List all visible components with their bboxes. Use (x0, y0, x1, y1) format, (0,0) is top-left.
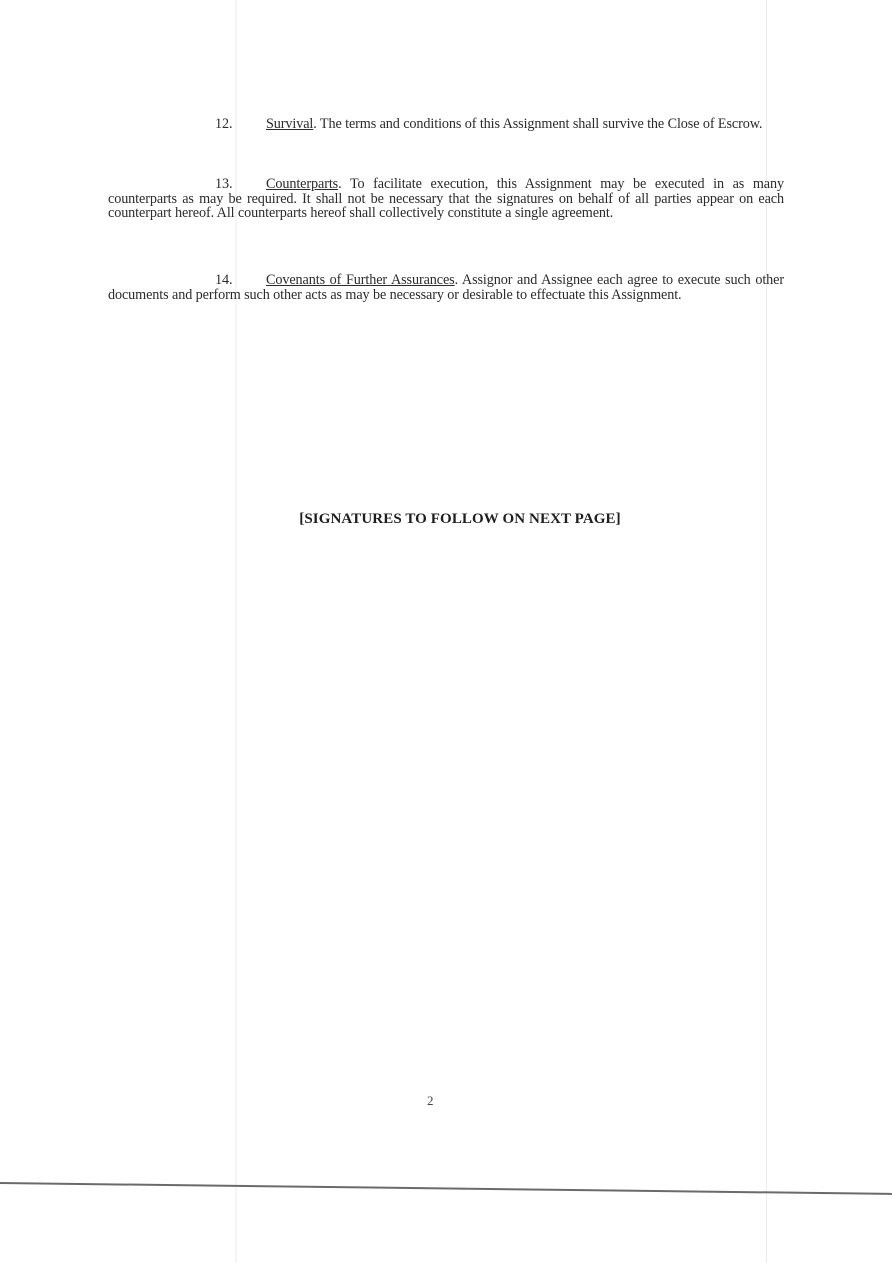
section-further-assurances: 14.Covenants of Further Assurances. Assi… (108, 273, 784, 302)
section-number: 12. (215, 117, 266, 132)
section-number: 13. (215, 177, 266, 192)
section-counterparts: 13.Counterparts. To facilitate execution… (108, 177, 784, 221)
section-survival: 12.Survival. The terms and conditions of… (108, 117, 784, 132)
section-body: . The terms and conditions of this Assig… (313, 116, 762, 132)
section-heading: Survival (266, 116, 313, 132)
section-body: . To facilitate execution, this Assignme… (108, 176, 784, 221)
page-number: 2 (427, 1093, 434, 1109)
signature-note: [SIGNATURES TO FOLLOW ON NEXT PAGE] (0, 511, 892, 528)
page-edge-line (0, 1182, 892, 1195)
section-number: 14. (215, 273, 266, 288)
